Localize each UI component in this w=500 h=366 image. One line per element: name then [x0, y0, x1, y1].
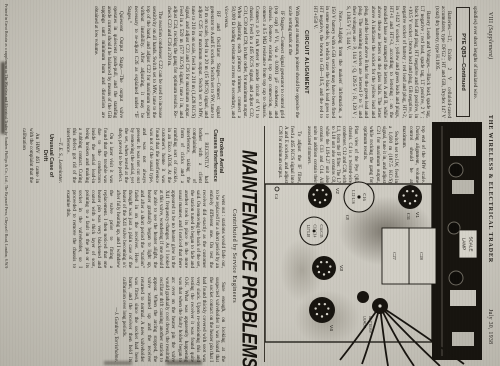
valve-v1: [398, 185, 422, 209]
v4-label: V4: [328, 325, 334, 331]
c13-c14-label: C13 C14: [313, 225, 317, 238]
batteries-paragraph: Batteries.—LT, Exide 2 V celluloid-cased…: [433, 6, 452, 118]
rotated-page: VIII (Supplement) THE WIRELESS & ELECTRI…: [0, 0, 500, 366]
article2-heading: Unusual Case of Drift: [42, 128, 55, 183]
chassis-plan-diagram: SCALE LAMP V1 C31 C16 L12·L16 C8 V2: [264, 118, 486, 366]
circuit-alignment-heading: CIRCUIT ALIGNMENT: [302, 6, 309, 118]
quiescent-paragraph: Quiescent Output Stage.—The output valve…: [93, 6, 124, 118]
l17-l18-label: L17 L18: [306, 225, 310, 238]
banner-rule: [264, 126, 265, 362]
v3-label: V3: [338, 265, 344, 271]
maintenance-problems-title: MAINTENANCE PROBLEMS: [236, 150, 261, 361]
scale-lamp-label-2: LAMP: [462, 238, 467, 251]
valve-v4: [309, 297, 335, 323]
v1-label: V1: [414, 212, 420, 218]
article1-body2: On a later visit it was found that the t…: [65, 128, 115, 183]
valve-v2: [308, 184, 332, 208]
reaction-paragraph: The reaction condenser C22 can be used t…: [126, 6, 163, 118]
scanned-magazine-page: VIII (Supplement) THE WIRELESS & ELECTRI…: [0, 0, 500, 366]
carryover-text: spindles) over short lengths of insulate…: [472, 6, 478, 118]
c27-c28-block: [382, 228, 436, 284]
if-stages-paragraph: IF Stages.—Connect signal generator to c…: [223, 6, 285, 118]
grommet-center: [378, 304, 381, 307]
supplement-label: (Supplement): [487, 25, 493, 60]
c8-label: C8: [345, 215, 350, 220]
continued-box: PYE QB3—Continued: [456, 7, 470, 117]
c16-label: C16: [362, 193, 367, 201]
note-paragraph: Note.—Judging from the makers' informati…: [312, 6, 343, 118]
article2-body-start: An HMV 461 came in with the complaint th…: [21, 128, 40, 183]
spindle-grommet: [357, 291, 369, 303]
issue-date: July 30, 1938: [487, 309, 493, 344]
continued-box-label: PYE QB3—Continued: [460, 33, 466, 91]
v2-label: V2: [334, 188, 340, 194]
article1-heading: Broken Aerial Causes Interference: [211, 128, 224, 183]
scale-lamp-label-1: SCALE: [469, 236, 474, 251]
battery-leads-paragraph: Battery Leads and Voltages.—Black lead, …: [345, 6, 432, 118]
l12-l16-label: L12·L16: [351, 190, 355, 204]
article2-body-continued: went out : stations would fade out, to b…: [65, 190, 226, 268]
article-column-3: Sure enough, on looking at the suspected…: [8, 277, 226, 362]
battery-leads-label-2: LEADS: [363, 316, 367, 329]
article2-signature: —J. Gardner, Torrisholme.: [112, 277, 118, 362]
article1-body: I RECENTLY had bother with a client comp…: [116, 128, 209, 183]
rf-oscillator-paragraph: RF and Oscillator Stages.—Connect signal…: [165, 6, 221, 118]
c4-symbol: [275, 187, 279, 191]
publication-title: THE WIRELESS & ELECTRICAL TRADER: [487, 96, 493, 282]
service-column-1: spindles) over short lengths of insulate…: [10, 6, 478, 118]
page-number-roman: VIII: [487, 12, 493, 23]
printer-imprint: Printed in Great Britain as a supplement…: [4, 4, 8, 362]
c28-label: C28: [419, 252, 424, 260]
article1-signature: —T. E. S., Leominster.: [57, 128, 63, 183]
article-column-1: Broken Aerial Causes Interference I RECE…: [8, 128, 226, 183]
article2-body-end: Sure enough, on looking at the suspected…: [121, 277, 226, 362]
coil-unit-l7-l18: [344, 182, 374, 212]
dial-drive-assembly: SCALE LAMP: [432, 122, 482, 360]
c27-label: C27: [392, 252, 397, 260]
page-number: VIII (Supplement): [487, 12, 493, 59]
c34-c35-label: C34 C35: [319, 225, 323, 238]
c31-label: C31: [406, 213, 411, 220]
c4-label: C4: [274, 194, 279, 200]
battery-leads-label-1: BATTERY: [368, 316, 372, 334]
article-column-2: went out : stations would fade out, to b…: [8, 190, 226, 268]
valve-v3: [312, 256, 336, 280]
alignment-intro: With gang at maximum, pointer should be …: [287, 6, 299, 118]
contributed-subtitle: Contributed by Service Engineers: [231, 150, 237, 362]
